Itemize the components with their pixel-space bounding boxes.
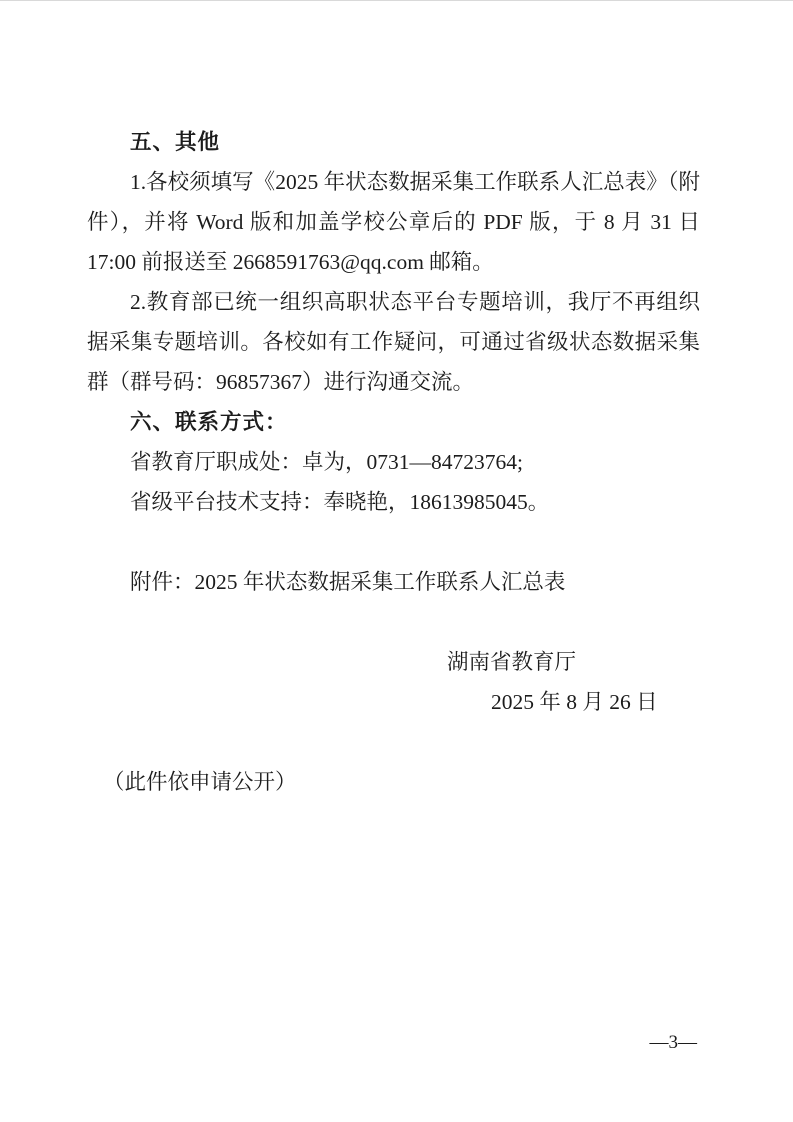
document-page: 五、其他 1.各校须填写《2025 年状态数据采集工作联系人汇总表》（附 件），… bbox=[0, 0, 793, 1122]
paragraph2-line3: 群（群号码：96857367）进行沟通交流。 bbox=[87, 362, 700, 402]
section-heading-contact: 六、联系方式： bbox=[87, 402, 700, 442]
document-body: 五、其他 1.各校须填写《2025 年状态数据采集工作联系人汇总表》（附 件），… bbox=[87, 122, 700, 802]
contact-line-office: 省教育厅职成处：卓为，0731—84723764; bbox=[87, 442, 700, 482]
section-heading-other: 五、其他 bbox=[87, 122, 700, 162]
paragraph1-line3: 17:00 前报送至 2668591763@qq.com 邮箱。 bbox=[87, 242, 700, 282]
spacer-line bbox=[87, 602, 700, 642]
spacer-line bbox=[87, 722, 700, 762]
spacer-line bbox=[87, 522, 700, 562]
page-number: —3— bbox=[650, 1032, 698, 1054]
paragraph1-line1: 1.各校须填写《2025 年状态数据采集工作联系人汇总表》（附 bbox=[87, 162, 700, 202]
paragraph2-line1: 2.教育部已统一组织高职状态平台专题培训，我厅不再组织数 bbox=[87, 282, 700, 322]
publicity-note: （此件依申请公开） bbox=[87, 762, 700, 802]
paragraph2-line2: 据采集专题培训。各校如有工作疑问，可通过省级状态数据采集 QQ bbox=[87, 322, 700, 362]
paragraph1-line2: 件），并将 Word 版和加盖学校公章后的 PDF 版，于 8 月 31 日 bbox=[87, 202, 700, 242]
attachment-line: 附件：2025 年状态数据采集工作联系人汇总表 bbox=[87, 562, 700, 602]
signature-organization: 湖南省教育厅 bbox=[87, 642, 700, 682]
signature-date: 2025 年 8 月 26 日 bbox=[87, 682, 700, 722]
contact-line-support: 省级平台技术支持：奉晓艳，18613985045。 bbox=[87, 482, 700, 522]
